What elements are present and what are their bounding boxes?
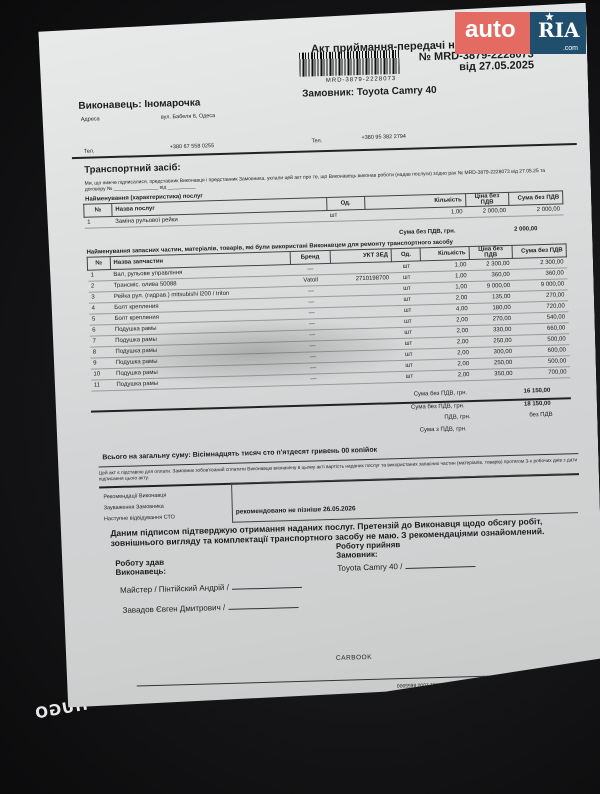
col-brand: Бренд [290, 250, 330, 264]
customer-label: Замовник: [302, 87, 354, 99]
cell-no: 6 [89, 325, 112, 337]
cell-unit: шт [393, 327, 422, 339]
cell-unit: шт [393, 294, 422, 306]
cell-sum: 2 000,00 [509, 204, 563, 217]
signature-customer: Toyota Camry 40 / [337, 560, 475, 573]
barcode-text: MRD-3879-2228073 [326, 76, 397, 84]
executor-name: Іномарочка [144, 98, 200, 111]
customer-phone: +380 95 382 2794 [361, 134, 406, 141]
signature-line [232, 587, 302, 590]
cell-no: 7 [89, 336, 112, 348]
total-no-vat-label: Сума без ПДВ, грн. [411, 403, 465, 410]
autoria-watermark: auto ★ RIA .com [455, 12, 586, 54]
col-price: Ціна без ПДВ [465, 192, 509, 206]
cell-unit: шт [392, 272, 421, 284]
star-icon: ★ [545, 12, 554, 23]
recommendations-label: Рекомендації Виконавця [103, 493, 166, 501]
col-unit: Од. [326, 196, 365, 210]
cell-unit: шт [394, 360, 423, 372]
vat-label: ПДВ, грн. [444, 414, 470, 421]
address-value: вул. Бабеля 6, Одеса [161, 113, 216, 121]
cell-no: 9 [90, 358, 113, 370]
customer-name: Toyota Camry 40 [357, 85, 437, 98]
cell-no: 1 [84, 217, 112, 229]
vehicle-label: Транспортний засіб: [84, 162, 181, 176]
col-no: № [87, 257, 110, 271]
cell-no: 1 [88, 270, 111, 282]
signer-second-name: Завадов Євген Дмитрович / [122, 603, 225, 615]
cell-no: 10 [90, 369, 113, 381]
cell-no: 8 [90, 347, 113, 359]
executor-phone: +380 67 558 0255 [170, 143, 215, 150]
cell-unit: шт [394, 349, 423, 361]
watermark-auto: auto [455, 12, 530, 54]
handed-over-label: Роботу здав Виконавець: [115, 558, 166, 577]
executor-phone-label: Тел. [84, 148, 95, 154]
col-no: № [84, 204, 112, 218]
cell-unit: шт [394, 338, 423, 350]
signer-master-name: Майстер / Пінтійский Андрій / [120, 583, 229, 595]
parts-total-label: Сума без ПДВ, грн. [414, 390, 468, 397]
barcode [299, 50, 400, 77]
parts-table: № Назва запчастин Бренд УКТ ЗЕД Од. Кіль… [87, 243, 571, 391]
signature-master: Майстер / Пінтійский Андрій / [120, 581, 302, 595]
cell-brand: — [293, 373, 333, 385]
sum-with-vat-label: Сума з ПДВ, грн. [420, 426, 467, 433]
divider [91, 397, 571, 412]
parts-total-value: 16 150,00 [524, 388, 551, 395]
accepted-label: Роботу прийняв Замовник: [336, 540, 401, 560]
cell-no: 3 [88, 292, 111, 304]
watermark-com: .com [563, 45, 578, 52]
col-price: Ціна без ПДВ [469, 245, 512, 259]
cell-no: 5 [89, 314, 112, 326]
recommendations-box [231, 473, 578, 523]
executor-label: Виконавець: [78, 99, 141, 112]
customer-phone-label: Тел. [311, 138, 322, 144]
cell-unit: шт [393, 305, 422, 317]
services-total-value: 2 000,00 [514, 226, 538, 233]
services-total-label: Сума без ПДВ, грн. [399, 228, 456, 236]
cell-unit: шт [393, 316, 422, 328]
cell-price: 2 000,00 [465, 205, 509, 217]
signature-line [405, 566, 475, 569]
cell-qty: 2,00 [424, 370, 473, 382]
cell-no: 2 [88, 281, 111, 293]
divider [137, 673, 577, 686]
divider [72, 143, 577, 159]
remarks-label: Зауваження Замовника [104, 504, 164, 512]
cell-qty: 1,00 [365, 207, 466, 221]
executor: Виконавець: Іномарочка [78, 98, 200, 112]
vat-value: без ПДВ [529, 412, 553, 419]
customer: Замовник: Toyota Camry 40 [302, 85, 437, 100]
signature-second: Завадов Євген Дмитрович / [122, 601, 298, 615]
cell-price: 350,00 [472, 368, 515, 380]
cell-unit: шт [327, 209, 366, 221]
col-unit: Од. [391, 248, 420, 262]
signature-line [228, 607, 298, 610]
watermark-ria: ★ RIA .com [530, 12, 586, 54]
cell-unit: шт [392, 283, 421, 295]
cell-unit: шт [392, 261, 421, 273]
cell-unit: шт [395, 371, 424, 383]
cell-no: 4 [88, 303, 111, 315]
cell-no: 11 [91, 380, 114, 392]
address-label: Адреса [81, 116, 100, 123]
cell-code [333, 372, 395, 385]
total-no-vat-value: 18 150,00 [524, 401, 551, 408]
next-visit-label: Наступне відвідування СТО [104, 514, 175, 522]
footer-brand: CARBOOK [336, 654, 372, 662]
signer-customer-name: Toyota Camry 40 / [337, 562, 402, 573]
act-document: Акт приймання-передачі наданих послуг № … [38, 3, 600, 708]
cell-sum: 700,00 [515, 367, 569, 380]
footer-note: Список забезпечення, 28 BOЗ 0051 1000 86… [397, 679, 513, 688]
